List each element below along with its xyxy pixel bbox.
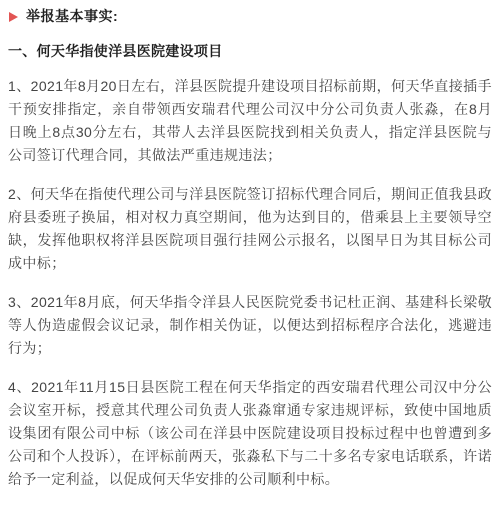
title-row: 举报基本事实: (8, 8, 492, 25)
paragraph-3: 3、2021年8月底，何天华指令洋县人民医院党委书记杜正润、基建科长梁敬涛等人伪… (8, 291, 492, 360)
bullet-triangle-icon (9, 12, 18, 22)
text-line: 3、2021年8月底，何天华指令洋县人民医院党委书记杜正润、基建科长梁敬涛 (8, 291, 492, 314)
complaint-document: 举报基本事实: 一、何天华指使洋县医院建设项目 1、2021年8月20日左右，洋… (0, 0, 500, 508)
text-line: 给予一定利益，以促成何天华安排的公司顺利中标。 (8, 468, 492, 491)
paragraph-2: 2、何天华在指使代理公司与洋县医院签订招标代理合同后，期间正值我县政府县委班子换… (8, 183, 492, 275)
text-line: 日晚上8点30分左右，其带人去洋县医院找到相关负责人，指定洋县医院与该 (8, 121, 492, 144)
paragraph-list: 1、2021年8月20日左右，洋县医院提升建设项目招标前期，何天华直接插手干预安… (8, 75, 492, 491)
text-line: 行为； (8, 337, 492, 360)
text-line: 等人伪造虚假会议记录，制作相关伪证，以便达到招标程序合法化，逃避违法 (8, 314, 492, 337)
paragraph-1: 1、2021年8月20日左右，洋县医院提升建设项目招标前期，何天华直接插手干预安… (8, 75, 492, 167)
text-line: 干预安排指定，亲自带领西安瑞君代理公司汉中分公司负责人张淼，在8月21 (8, 98, 492, 121)
text-line: 府县委班子换届，相对权力真空期间，他为达到目的，借乘县上主要领导空 (8, 206, 492, 229)
paragraph-4: 4、2021年11月15日县医院工程在何天华指定的西安瑞君代理公司汉中分公司会议… (8, 376, 492, 491)
text-line: 成中标； (8, 252, 492, 275)
text-line: 会议室开标，授意其代理公司负责人张淼窜通专家违规评标，致使中国地质建 (8, 399, 492, 422)
text-line: 4、2021年11月15日县医院工程在何天华指定的西安瑞君代理公司汉中分公司 (8, 376, 492, 399)
text-line: 1、2021年8月20日左右，洋县医院提升建设项目招标前期，何天华直接插手 (8, 75, 492, 98)
text-line: 2、何天华在指使代理公司与洋县医院签订招标代理合同后，期间正值我县政 (8, 183, 492, 206)
text-line: 缺，发挥他职权将洋县医院项目强行挂网公示报名，以图早日为其目标公司完 (8, 229, 492, 252)
document-title: 举报基本事实: (26, 8, 118, 25)
section-1-heading: 一、何天华指使洋县医院建设项目 (8, 43, 492, 59)
text-line: 公司和个人投诉），在评标前两天，张淼私下与二十多名专家电话联系，许诺 (8, 445, 492, 468)
text-line: 设集团有限公司中标（该公司在洋县中医院建设项目投标过程中也曾遭到多家 (8, 422, 492, 445)
text-line: 公司签订代理合同，其做法严重违规违法； (8, 144, 492, 167)
